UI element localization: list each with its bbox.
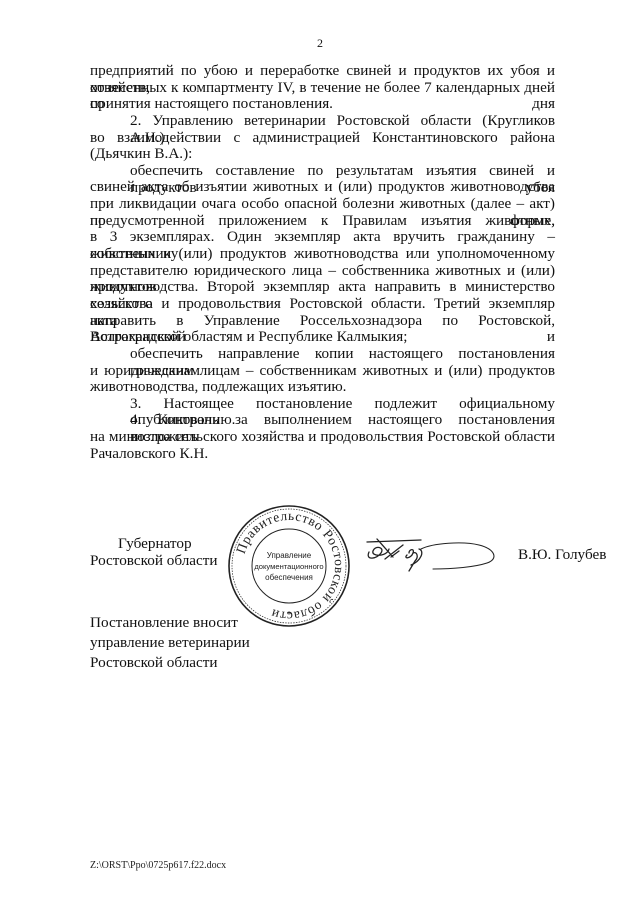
body-line: предусмотренной приложением к Правилам и… — [90, 213, 555, 230]
body-line: предприятий по убою и переработке свиней… — [90, 63, 555, 80]
document-body: предприятий по убою и переработке свиней… — [90, 63, 555, 462]
body-line: животноводства, подлежащих изъятию. — [90, 379, 555, 396]
file-path: Z:\ORST\Ppo\0725p617.f22.docx — [90, 860, 226, 871]
body-line: Рачаловского К.Н. — [90, 446, 555, 463]
signer-title: Губернатор Ростовской области — [90, 535, 218, 569]
body-line: во взаимодействии с администрацией Конст… — [90, 130, 555, 147]
body-line: в 3 экземплярах. Один экземпляр акта вру… — [90, 229, 555, 246]
submitter-note: Постановление вносит управление ветерина… — [90, 613, 250, 673]
official-seal-icon: Правительство Ростовской области Управле… — [226, 503, 352, 629]
svg-text:документационного: документационного — [254, 562, 323, 571]
body-line: животных и (или) продуктов животноводств… — [90, 246, 555, 263]
paragraph-3: 3. Настоящее постановление подлежит офиц… — [90, 396, 555, 413]
paragraph-2-start: 2. Управлению ветеринарии Ростовской обл… — [90, 113, 555, 130]
subparagraph-start: обеспечить направление копии настоящего … — [90, 346, 555, 363]
handwritten-signature-icon — [363, 535, 498, 575]
svg-text:*: * — [287, 610, 292, 621]
body-line: (Дьячкин В.А.): — [90, 146, 555, 163]
signer-title-line1: Губернатор — [90, 535, 218, 552]
body-line: направить в Управление Россельхознадзора… — [90, 313, 555, 330]
paragraph-4-start: 4. Контроль за выполнением настоящего по… — [90, 412, 555, 429]
subparagraph-start: обеспечить составление по результатам из… — [90, 163, 555, 180]
page-number: 2 — [0, 36, 640, 51]
body-line: отнесенных к компартменту IV, в течение … — [90, 80, 555, 97]
submitter-line1: Постановление вносит — [90, 613, 250, 633]
body-line: на министра сельского хозяйства и продов… — [90, 429, 555, 446]
signer-name: В.Ю. Голубев — [518, 546, 606, 564]
body-line: хозяйства и продовольствия Ростовской об… — [90, 296, 555, 313]
body-line: животноводства. Второй экземпляр акта на… — [90, 279, 555, 296]
svg-text:обеспечения: обеспечения — [265, 573, 313, 582]
body-line: и юридическим лицам – собственникам живо… — [90, 363, 555, 380]
body-line: свиней акта об изъятии животных и (или) … — [90, 179, 555, 196]
body-line: представителю юридического лица – собств… — [90, 263, 555, 280]
signer-title-line2: Ростовской области — [90, 552, 218, 569]
submitter-line2: управление ветеринарии — [90, 633, 250, 653]
svg-text:Управление: Управление — [267, 551, 312, 560]
body-line: при ликвидации очага особо опасной болез… — [90, 196, 555, 213]
submitter-line3: Ростовской области — [90, 653, 250, 673]
